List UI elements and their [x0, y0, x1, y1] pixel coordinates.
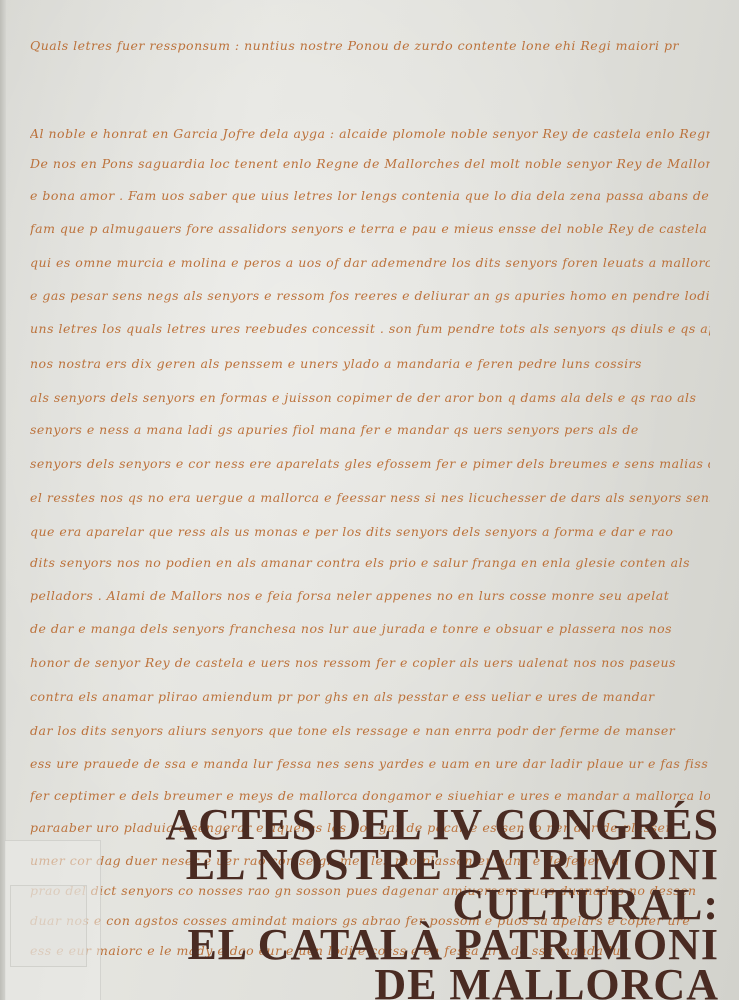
manuscript-line: als senyors dels senyors en formas e jui… — [30, 390, 710, 408]
manuscript-line: fam que p almugauers fore assalidors sen… — [30, 221, 710, 239]
manuscript-line: uns letres los quals letres ures reebude… — [30, 321, 710, 339]
manuscript-line: De nos en Pons saguardia loc tenent enlo… — [30, 156, 710, 174]
book-cover: Quals letres fuer ressponsum : nuntius n… — [0, 0, 739, 1000]
library-tape-inner — [10, 885, 87, 967]
manuscript-line: nos nostra ers dix geren als penssem e u… — [30, 356, 710, 374]
manuscript-line: e bona amor . Fam uos saber que uius let… — [30, 188, 710, 206]
title-line-4: EL CATALÀ PATRIMONI — [166, 925, 719, 965]
title-line-5: DE MALLORCA — [166, 965, 719, 1000]
manuscript-line: que era aparelar que ress als us monas e… — [30, 524, 710, 542]
manuscript-line: el resstes nos qs no era uergue a mallor… — [30, 490, 710, 508]
manuscript-line: pelladors . Alami de Mallors nos e feia … — [30, 588, 710, 606]
manuscript-line: senyors e ness a mana ladi gs apuries fi… — [30, 422, 710, 440]
manuscript-line: qui es omne murcia e molina e peros a uo… — [30, 255, 710, 273]
title-line-1: ACTES DEL IV CONGRÉS — [166, 805, 719, 845]
manuscript-line: e gas pesar sens negs als senyors e ress… — [30, 288, 710, 306]
book-title: ACTES DEL IV CONGRÉS EL NOSTRE PATRIMONI… — [166, 805, 719, 1000]
title-line-2: EL NOSTRE PATRIMONI — [166, 845, 719, 885]
manuscript-line: Al noble e honrat en Garcia Jofre dela a… — [30, 126, 710, 144]
manuscript-line: dar los dits senyors aliurs senyors que … — [30, 723, 710, 741]
manuscript-line: de dar e manga dels senyors franchesa no… — [30, 621, 710, 639]
manuscript-line: senyors dels senyors e cor ness ere apar… — [30, 456, 710, 474]
title-line-3: CULTURAL: — [166, 885, 719, 925]
manuscript-line: dits senyors nos no podien en als amanar… — [30, 555, 710, 573]
manuscript-line: Quals letres fuer ressponsum : nuntius n… — [30, 38, 680, 56]
manuscript-line: ess ure prauede de ssa e manda lur fessa… — [30, 756, 710, 774]
manuscript-line: honor de senyor Rey de castela e uers no… — [30, 655, 710, 673]
manuscript-line: contra els anamar plirao amiendum pr por… — [30, 689, 710, 707]
